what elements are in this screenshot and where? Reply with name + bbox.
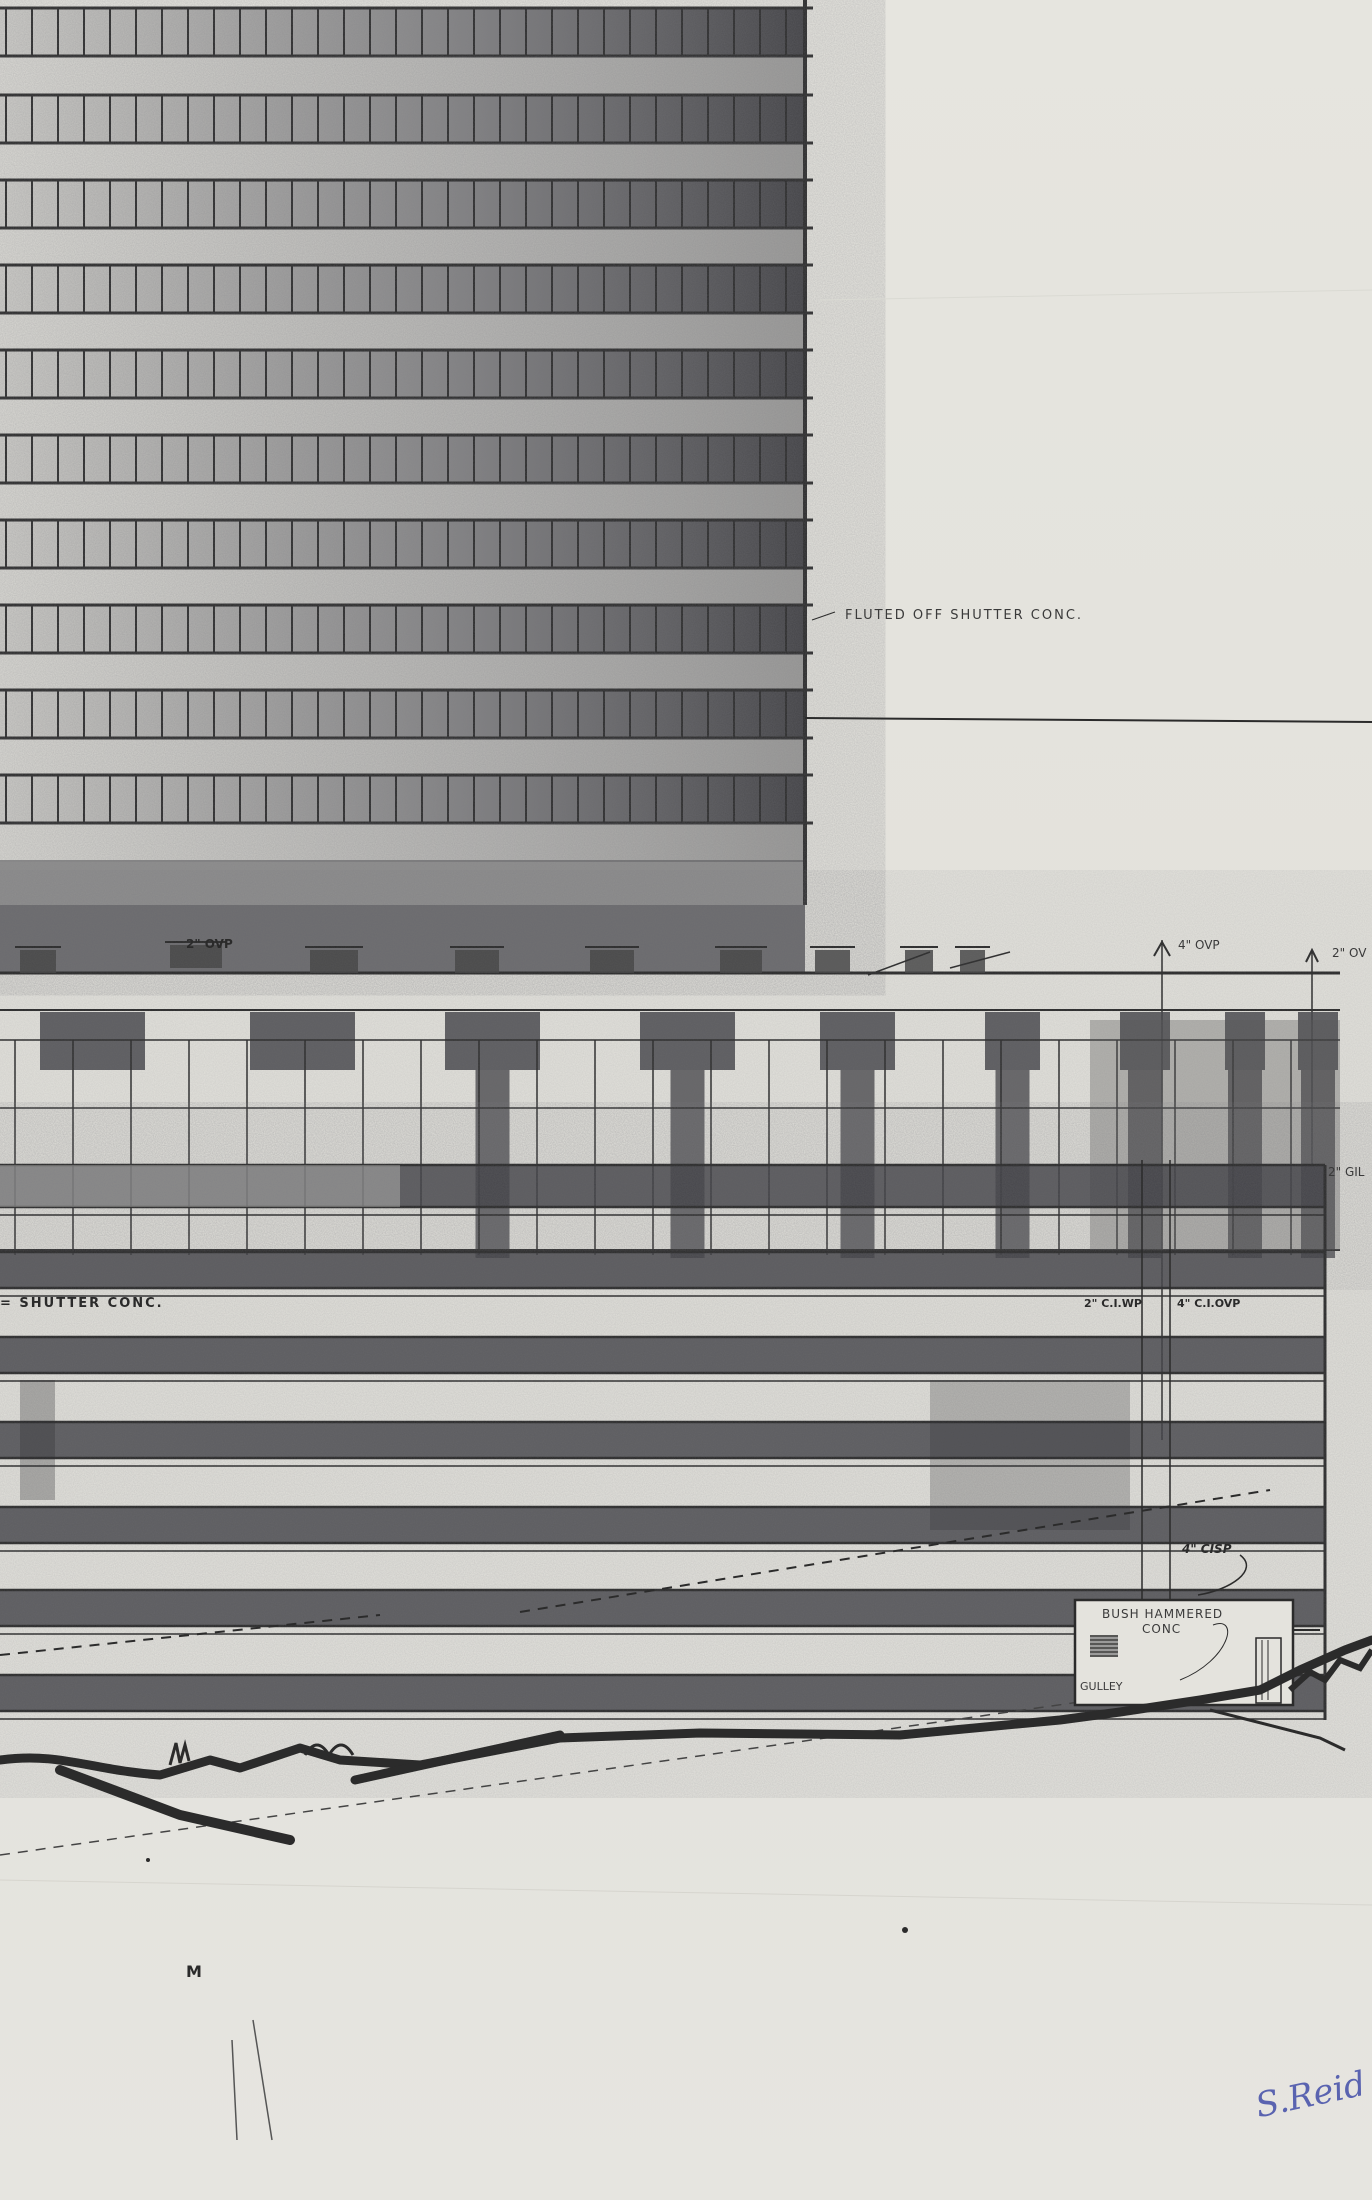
ground-slope xyxy=(60,1770,290,1840)
note-2in-ov-right: 2" OV xyxy=(1332,946,1366,960)
drawing-sheet: FLUTED OFF SHUTTER CONC. = SHUTTER CONC.… xyxy=(0,0,1372,2200)
note-conc: CONC xyxy=(1142,1622,1181,1636)
note-4in-ci-ovp: 4" C.I.OVP xyxy=(1177,1297,1240,1310)
note-4in-ovp: 4" OVP xyxy=(1178,938,1220,952)
stain xyxy=(930,1380,1130,1530)
fold-crease xyxy=(0,1880,1372,1905)
pencil-stroke xyxy=(232,2040,237,2140)
note-2in-ovp-left: 2" OVP xyxy=(186,937,233,951)
elevation-drawing xyxy=(0,0,1372,2200)
ground-wedge xyxy=(355,1735,560,1780)
note-gulley: GULLEY xyxy=(1080,1680,1123,1693)
note-bush-hammered: BUSH HAMMERED xyxy=(1102,1607,1223,1621)
note-2in-ci-wp: 2" C.I.WP xyxy=(1084,1297,1142,1310)
margin-mark: M xyxy=(186,1962,204,1981)
tower-grain xyxy=(0,0,805,905)
note-4in-cisp: 4" CISP xyxy=(1182,1542,1232,1556)
datum-line xyxy=(805,718,1372,722)
fold-crease xyxy=(820,290,1372,300)
dot xyxy=(902,1927,908,1933)
dot xyxy=(146,1858,150,1862)
pencil-stroke xyxy=(253,2020,272,2140)
leader-arrow xyxy=(812,612,835,620)
note-2in-gil: 2" GIL xyxy=(1328,1165,1365,1179)
note-fluted-conc: FLUTED OFF SHUTTER CONC. xyxy=(845,608,1083,623)
note-shutter-conc: = SHUTTER CONC. xyxy=(0,1296,164,1311)
stain xyxy=(20,1380,55,1500)
